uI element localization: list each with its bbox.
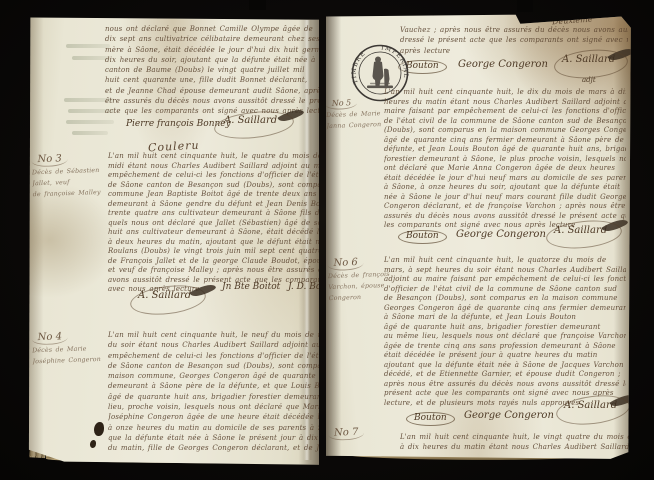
handwritten-line: L'an mil huit cent cinquante huit, le vi… [400,432,630,442]
handwritten-line: Congeron [329,291,391,304]
handwritten-line: huit cent quarante une, fille dudit Bonn… [105,75,321,85]
handwritten-paragraph: L'an mil huit cent cinquante huit, le ne… [108,330,320,454]
handwritten-line: de l'état civil de la commune de Sâone c… [384,117,626,127]
handwritten-line: de Sâone canton de Besançon sud (Doubs),… [108,181,320,191]
handwritten-line: heures du matin étant nous Charles Audib… [384,98,626,108]
handwritten-paragraph: nous ont déclaré que Bonnet Camille Olym… [105,24,321,117]
handwritten-line: adjoint au maire faisant par empêchement… [384,275,626,285]
handwritten-line: à dix heures du matin étant nous Charles… [400,442,630,452]
handwritten-line: Joséphine Congeron [32,354,110,368]
background-notch [249,0,266,10]
signature-adjoint: adjt [582,76,596,84]
signature-congeron: George Congeron [458,59,548,70]
handwritten-line: (Doubs), sont comparus en la maison comm… [384,126,626,136]
handwritten-line: que la défunte était née à Sâone le prés… [108,433,320,443]
handwritten-paragraph: L'an mil huit cent cinquante huit, le vi… [400,432,630,453]
handwritten-paragraph: L'an mil huit cent cinquante huit, le di… [384,88,626,231]
handwritten-line: et veuf de françoise Malley ; après nous… [108,266,320,276]
handwritten-line: après nous être assurés du décès nous av… [384,380,626,390]
handwritten-line: de Besançon (Doubs), sont comparus en la… [384,294,626,304]
handwritten-line: quels nous ont déclaré que Jallet (Sébas… [108,219,320,229]
handwritten-paragraph: L'an mil huit cent cinquante huit, le qu… [108,152,320,295]
handwritten-line: à onze heures du matin au domicile de se… [108,423,320,433]
handwritten-line: maire faisant par empêchement de celui-c… [384,107,626,117]
background-notch [517,0,533,12]
handwritten-line: L'an mil huit cent cinquante huit, le qu… [108,152,320,162]
handwritten-line: défunte, et Jean Louis Bouton âgé de qua… [384,145,626,155]
bleedthrough-mark [66,120,114,124]
handwritten-line: âgé de quarante huit ans, brigadier fore… [108,392,320,402]
handwritten-line: L'an mil huit cent cinquante huit, le ne… [108,330,320,340]
handwritten-line: Roulans (Doubs) le vingt trois juin mil … [108,247,320,257]
handwritten-line: L'an mil huit cent cinquante huit, le qu… [384,256,626,266]
handwritten-line: était décédée le présent jour à quatre h… [384,351,626,361]
handwritten-line: ajoutant que la défunte était née à Sâon… [384,361,626,371]
handwritten-line: mère à Sâone, était décédée le jour d'hu… [105,45,321,55]
handwritten-line: être assurés du décès nous avons aussitô… [105,96,321,106]
bleedthrough-mark [66,44,110,48]
handwritten-line: midi étant nous Charles Audibert Saillar… [108,162,320,172]
handwritten-line: âgé de quarante cinq ans fermier demeura… [384,136,626,146]
signature-congeron: George Congeron [464,410,554,421]
handwritten-line: de Sâone canton de Besançon sud (Doubs),… [108,361,320,371]
handwritten-line: lieu, proche voisin, lesquels nous ont d… [108,402,320,412]
handwritten-line: forestier demeurant à Sâone, le plus pro… [384,155,626,165]
handwritten-line: Congeron déclarant, et de françoise Varc… [384,202,626,212]
handwritten-line: trente quatre ans cultivateur demeurant … [108,209,320,219]
handwritten-line: du soir étant nous Charles Audibert Sail… [108,340,320,350]
handwritten-line: commune Jean Baptiste Boitot âgé de tren… [108,190,320,200]
handwritten-line: Vauchez ; après nous être assurés du déc… [400,25,628,35]
margin-note-no7: No 7 [328,419,379,441]
handwritten-line: de François Jallet et de la george Claud… [108,257,320,267]
handwritten-line: décédé, et de Étiennette Garnier, et épo… [384,370,626,380]
handwritten-line: empêchement de celui-ci les fonctions d'… [108,351,320,361]
handwritten-line: maison commune, Georges Congeron âgé de … [108,371,320,381]
handwritten-line: du matin, fille de Georges Congeron décl… [108,443,320,453]
margin-note-no6: No 6 Décès de françoiseVarchon, épouseCo… [327,249,391,304]
register-scan: nous ont déclaré que Bonnet Camille Olym… [0,0,654,480]
handwritten-line: à Sâone mari de la défunte, et Jean Loui… [384,313,626,323]
entry-number: No 7 [328,427,365,441]
handwritten-line: d'officier de l'état civil de la commune… [384,285,626,295]
entry-number: No 6 [327,257,364,271]
handwritten-line: L'an mil huit cent cinquante huit, le di… [384,88,626,98]
left-page: nous ont déclaré que Bonnet Camille Olym… [26,12,319,468]
handwritten-line: nous ont déclaré que Bonnet Camille Olym… [105,24,321,34]
handwritten-line: à Sâone, à onze heures du soir, ajoutant… [384,183,626,193]
handwritten-line: Georges Congeron âgé de quarante cinq an… [384,304,626,314]
handwritten-line: empêchement de celui-ci les fonctions d'… [108,171,320,181]
handwritten-line: à deux heures du matin, ajoutant que le … [108,238,320,248]
handwritten-line: était décédée le jour d'hui neuf mars au… [384,174,626,184]
handwritten-line: dix sept ans cultivatrice célibataire de… [105,34,321,44]
handwritten-line: canton de Baume (Doubs) le vingt quatre … [105,65,321,75]
handwritten-line: âgé de quarante huit ans, brigadier fore… [384,323,626,333]
signature-bouton: Bouton [406,412,455,426]
ink-blot [90,440,96,448]
signature-boitot: Jn Bte Boitot [222,282,280,292]
handwritten-line: dix heures du soir, ajoutant que la défu… [105,55,321,65]
signature-congeron: George Congeron [456,229,546,240]
entry-number: No 4 [32,331,69,345]
handwritten-line: âgée de trente cinq ans sans profession … [384,342,626,352]
handwritten-line: de françoise Malley [33,187,109,201]
handwritten-line: dressé le présent acte que les comparant… [400,35,628,45]
handwritten-line: demeurant à Sâone père de la défunte, et… [108,381,320,391]
entry-number: No 3 [31,153,68,167]
handwritten-line: mars, à sept heures du soir étant nous C… [384,266,626,276]
margin-note-no3: No 3 Décès de SébastienJallet, veufde fr… [31,145,109,201]
handwritten-line: demeurant à Sâone gendre du défunt et Je… [108,200,320,210]
handwritten-line: Joséphine Congeron âgée de une heure éta… [108,412,320,422]
ink-blot [94,422,104,436]
handwritten-line: ont déclaré que Marie Anna Congeron âgée… [384,164,626,174]
right-page: Deuxième Vauchez ; après nous être assur… [326,12,632,462]
bleedthrough-mark [72,131,108,135]
handwritten-line: au même lieu, lesquels nous ont déclaré … [384,332,626,342]
handwritten-line: Janna Congeron [326,119,386,132]
handwritten-line: née à Sâone le jour d'hui neuf mars cour… [384,193,626,203]
margin-note-no5: No 5 Décès de MarieJanna Congeron [325,89,386,132]
margin-note-no4: No 4 Décès de MarieJoséphine Congeron [31,323,110,368]
handwritten-paragraph: L'an mil huit cent cinquante huit, le qu… [384,256,626,408]
handwritten-line: et de Jeanne Chad épouse demeurant audit… [105,86,321,96]
handwritten-line: huit ans cultivateur demeurant à Sâone, … [108,228,320,238]
signature-bouton: Bouton [398,230,447,244]
